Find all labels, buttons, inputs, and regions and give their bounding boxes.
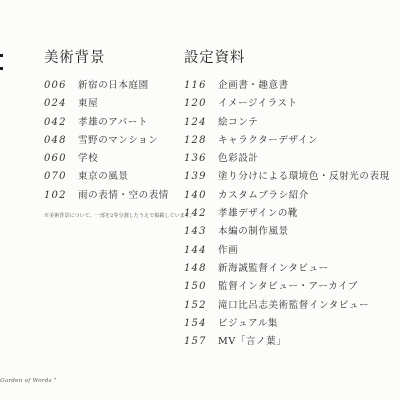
page-number: 116 bbox=[184, 77, 218, 95]
facing-page-glyph-fragment bbox=[0, 67, 3, 70]
toc-list-setting-materials: 116 企画書・趣意書 120 イメージイラスト 124 絵コンテ 128 キャ… bbox=[184, 77, 394, 351]
toc-entry: 136 色彩設計 bbox=[184, 150, 394, 168]
section-header-art-backgrounds: 美術背景 bbox=[44, 50, 194, 66]
entry-title: カスタムブラシ紹介 bbox=[218, 187, 309, 205]
entry-title: 作画 bbox=[218, 242, 238, 260]
page-number: 128 bbox=[184, 132, 218, 150]
entry-title: 孝雄デザインの靴 bbox=[218, 205, 298, 223]
page-number: 139 bbox=[184, 168, 218, 186]
page-number: 102 bbox=[44, 187, 78, 205]
page-number: 120 bbox=[184, 95, 218, 113]
toc-entry: 102 雨の表情・空の表情 bbox=[44, 187, 194, 205]
toc-entry: 124 絵コンテ bbox=[184, 114, 394, 132]
entry-title: 滝口比呂志美術監督インタビュー bbox=[218, 297, 369, 315]
toc-entry: 120 イメージイラスト bbox=[184, 95, 394, 113]
entry-title: 企画書・趣意書 bbox=[218, 77, 289, 95]
section-art-backgrounds: 美術背景 006 新宿の日本庭園 024 東屋 042 孝雄のアパート bbox=[44, 50, 194, 219]
entry-title: MV「言ノ葉」 bbox=[218, 333, 286, 351]
entry-title: 塗り分けによる環境色・反射光の表現 bbox=[218, 168, 390, 186]
toc-entry: 006 新宿の日本庭園 bbox=[44, 77, 194, 95]
entry-title: 色彩設計 bbox=[218, 150, 258, 168]
page-number: 152 bbox=[184, 297, 218, 315]
page-number: 124 bbox=[184, 114, 218, 132]
toc-entry: 060 学校 bbox=[44, 150, 194, 168]
page-number: 144 bbox=[184, 242, 218, 260]
entry-title: 東屋 bbox=[78, 95, 98, 113]
entry-title: ビジュアル集 bbox=[218, 315, 278, 333]
toc-entry: 116 企画書・趣意書 bbox=[184, 77, 394, 95]
page-number: 136 bbox=[184, 150, 218, 168]
page-number: 143 bbox=[184, 223, 218, 241]
page-number: 060 bbox=[44, 150, 78, 168]
toc-entry: 152 滝口比呂志美術監督インタビュー bbox=[184, 297, 394, 315]
toc-entry: 048 雪野のマンション bbox=[44, 132, 194, 150]
toc-entry: 148 新海誠監督インタビュー bbox=[184, 260, 394, 278]
page-number: 157 bbox=[184, 333, 218, 351]
entry-title: 絵コンテ bbox=[218, 114, 258, 132]
page-number: 070 bbox=[44, 168, 78, 186]
page-number: 042 bbox=[44, 114, 78, 132]
page-number: 148 bbox=[184, 260, 218, 278]
entry-title: イメージイラスト bbox=[218, 95, 298, 113]
toc-entry: 143 本編の制作風景 bbox=[184, 223, 394, 241]
toc-entry: 157 MV「言ノ葉」 bbox=[184, 333, 394, 351]
entry-title: 監督インタビュー・アーカイブ bbox=[218, 278, 358, 296]
toc-entry: 154 ビジュアル集 bbox=[184, 315, 394, 333]
toc-list-art-backgrounds: 006 新宿の日本庭園 024 東屋 042 孝雄のアパート 048 雪野のマン… bbox=[44, 77, 194, 205]
toc-entry: 142 孝雄デザインの靴 bbox=[184, 205, 394, 223]
page-number: 154 bbox=[184, 315, 218, 333]
page-number: 140 bbox=[184, 187, 218, 205]
toc-entry: 024 東屋 bbox=[44, 95, 194, 113]
entry-title: 本編の制作風景 bbox=[218, 223, 289, 241]
entry-title: 新海誠監督インタビュー bbox=[218, 260, 329, 278]
entry-title: キャラクターデザイン bbox=[218, 132, 318, 150]
facing-page-glyph-fragment bbox=[0, 54, 3, 57]
toc-entry: 140 カスタムブラシ紹介 bbox=[184, 187, 394, 205]
footnote: ※美術背景について、一部を2等分割したうえで掲載しています。 bbox=[44, 212, 194, 219]
page-number: 006 bbox=[44, 77, 78, 95]
toc-entry: 144 作画 bbox=[184, 242, 394, 260]
toc-entry: 128 キャラクターデザイン bbox=[184, 132, 394, 150]
footer-caption: “ Garden of Words ” bbox=[0, 378, 57, 384]
entry-title: 孝雄のアパート bbox=[78, 114, 148, 132]
page-number: 150 bbox=[184, 278, 218, 296]
entry-title: 雨の表情・空の表情 bbox=[78, 187, 169, 205]
toc-entry: 070 東京の風景 bbox=[44, 168, 194, 186]
page-number: 048 bbox=[44, 132, 78, 150]
entry-title: 新宿の日本庭園 bbox=[78, 77, 149, 95]
entry-title: 雪野のマンション bbox=[78, 132, 158, 150]
page-number: 024 bbox=[44, 95, 78, 113]
section-header-setting-materials: 設定資料 bbox=[184, 50, 394, 66]
entry-title: 東京の風景 bbox=[78, 168, 129, 186]
book-toc-page: 美術背景 006 新宿の日本庭園 024 東屋 042 孝雄のアパート bbox=[0, 0, 400, 400]
toc-entry: 139 塗り分けによる環境色・反射光の表現 bbox=[184, 168, 394, 186]
section-setting-materials: 設定資料 116 企画書・趣意書 120 イメージイラスト 124 絵コンテ bbox=[184, 50, 394, 351]
page-number: 142 bbox=[184, 205, 218, 223]
toc-entry: 042 孝雄のアパート bbox=[44, 114, 194, 132]
toc-entry: 150 監督インタビュー・アーカイブ bbox=[184, 278, 394, 296]
entry-title: 学校 bbox=[78, 150, 98, 168]
